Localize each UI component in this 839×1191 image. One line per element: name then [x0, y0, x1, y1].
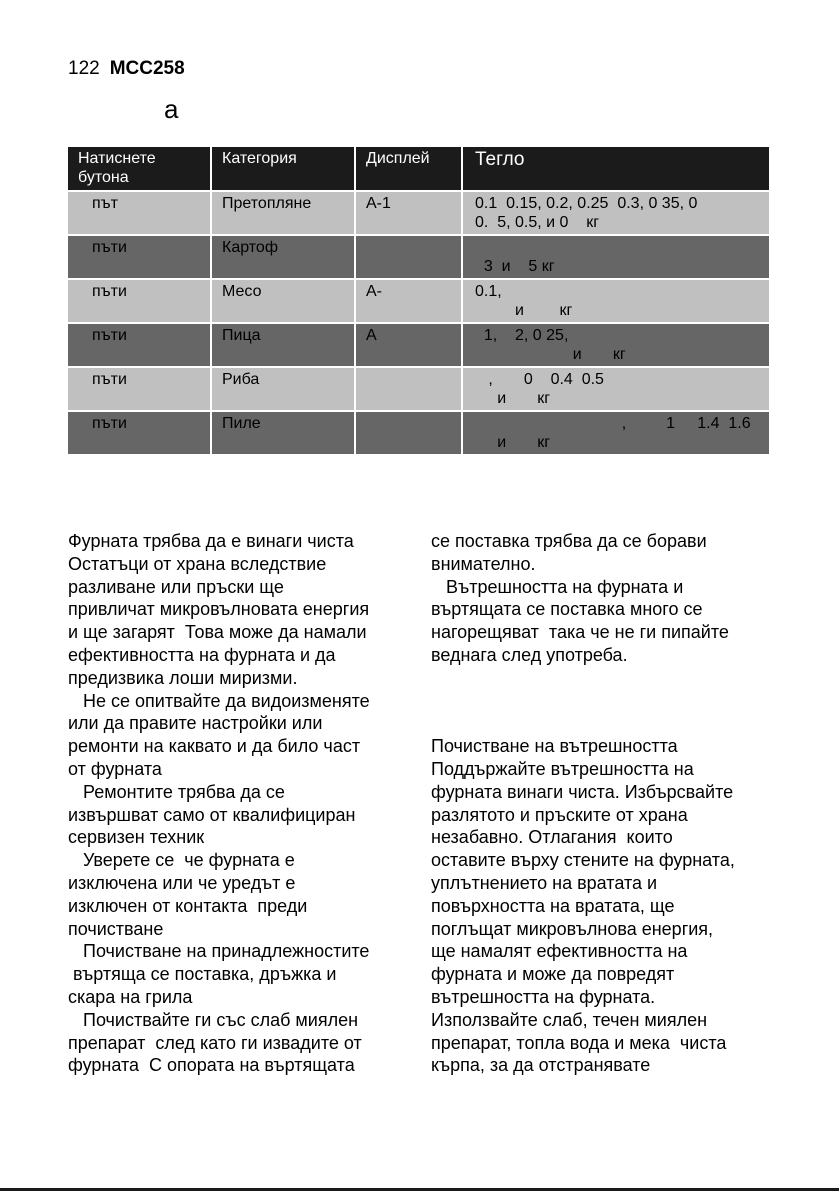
- cell-category: Пиле: [211, 411, 355, 455]
- body-paragraph: се поставка трябва да се борави внимател…: [431, 530, 781, 576]
- body-paragraph: Уверете се че фурната е изключена или че…: [68, 849, 413, 940]
- programs-table: Натиснете бутона Категория Дисплей Тегло…: [68, 147, 769, 456]
- cell-display: A: [355, 323, 462, 367]
- table-row: пътиРиба , 0 0.4 0.5 и кг: [68, 367, 769, 411]
- table-header-row: Натиснете бутона Категория Дисплей Тегло: [68, 147, 769, 191]
- cell-press-times: пъти: [68, 367, 211, 411]
- body-paragraph: Почиствайте ги със слаб миялен препарат …: [68, 1009, 413, 1077]
- cell-display: [355, 235, 462, 279]
- table-row: пътиМесоA-0.1, и кг: [68, 279, 769, 323]
- cell-press-times: пъти: [68, 323, 211, 367]
- body-paragraph: Фурната трябва да е винаги чиста Остатъц…: [68, 530, 413, 690]
- table-row: пътПретоплянеA-10.1 0.15, 0.2, 0.25 0.3,…: [68, 191, 769, 235]
- column-header-display: Дисплей: [355, 147, 462, 191]
- table-row: пътиПицаA 1, 2, 0 25, и кг: [68, 323, 769, 367]
- cell-weight: 0.1 0.15, 0.2, 0.25 0.3, 0 35, 0 0. 5, 0…: [462, 191, 769, 235]
- section-title: а: [164, 94, 178, 124]
- cell-category: Месо: [211, 279, 355, 323]
- page-number: 122: [68, 58, 100, 79]
- cell-press-times: пъти: [68, 235, 211, 279]
- cell-category: Картоф: [211, 235, 355, 279]
- body-paragraph: Почистване на принадлежностите въртяща с…: [68, 940, 413, 1008]
- column-header-weight: Тегло: [462, 147, 769, 191]
- cell-category: Претопляне: [211, 191, 355, 235]
- paragraph-gap: [431, 667, 781, 735]
- cell-press-times: път: [68, 191, 211, 235]
- table-row: пътиПиле , 1 1.4 1.6 и кг: [68, 411, 769, 455]
- cell-display: [355, 411, 462, 455]
- body-paragraph: Почистване на вътрешността Поддържайте в…: [431, 735, 781, 1077]
- page-header: 122MCC258: [68, 58, 185, 80]
- body-paragraph: Вътрешността на фурната и въртящата се п…: [431, 576, 781, 667]
- cell-display: [355, 367, 462, 411]
- cell-weight: , 0 0.4 0.5 и кг: [462, 367, 769, 411]
- cell-display: A-: [355, 279, 462, 323]
- column-header-category: Категория: [211, 147, 355, 191]
- table-row: пътиКартоф 3 и 5 кг: [68, 235, 769, 279]
- cell-category: Пица: [211, 323, 355, 367]
- body-paragraph: Ремонтите трябва да се извършват само от…: [68, 781, 413, 849]
- cell-weight: 1, 2, 0 25, и кг: [462, 323, 769, 367]
- cell-weight: , 1 1.4 1.6 и кг: [462, 411, 769, 455]
- column-header-press: Натиснете бутона: [68, 147, 211, 191]
- cell-display: A-1: [355, 191, 462, 235]
- cell-weight: 3 и 5 кг: [462, 235, 769, 279]
- body-paragraph: Не се опитвайте да видоизменяте или да п…: [68, 690, 413, 781]
- body-column-right: се поставка трябва да се борави внимател…: [431, 530, 781, 1077]
- cell-press-times: пъти: [68, 411, 211, 455]
- cell-weight: 0.1, и кг: [462, 279, 769, 323]
- body-column-left: Фурната трябва да е винаги чиста Остатъц…: [68, 530, 413, 1077]
- cell-press-times: пъти: [68, 279, 211, 323]
- model-name: MCC258: [110, 58, 185, 79]
- cell-category: Риба: [211, 367, 355, 411]
